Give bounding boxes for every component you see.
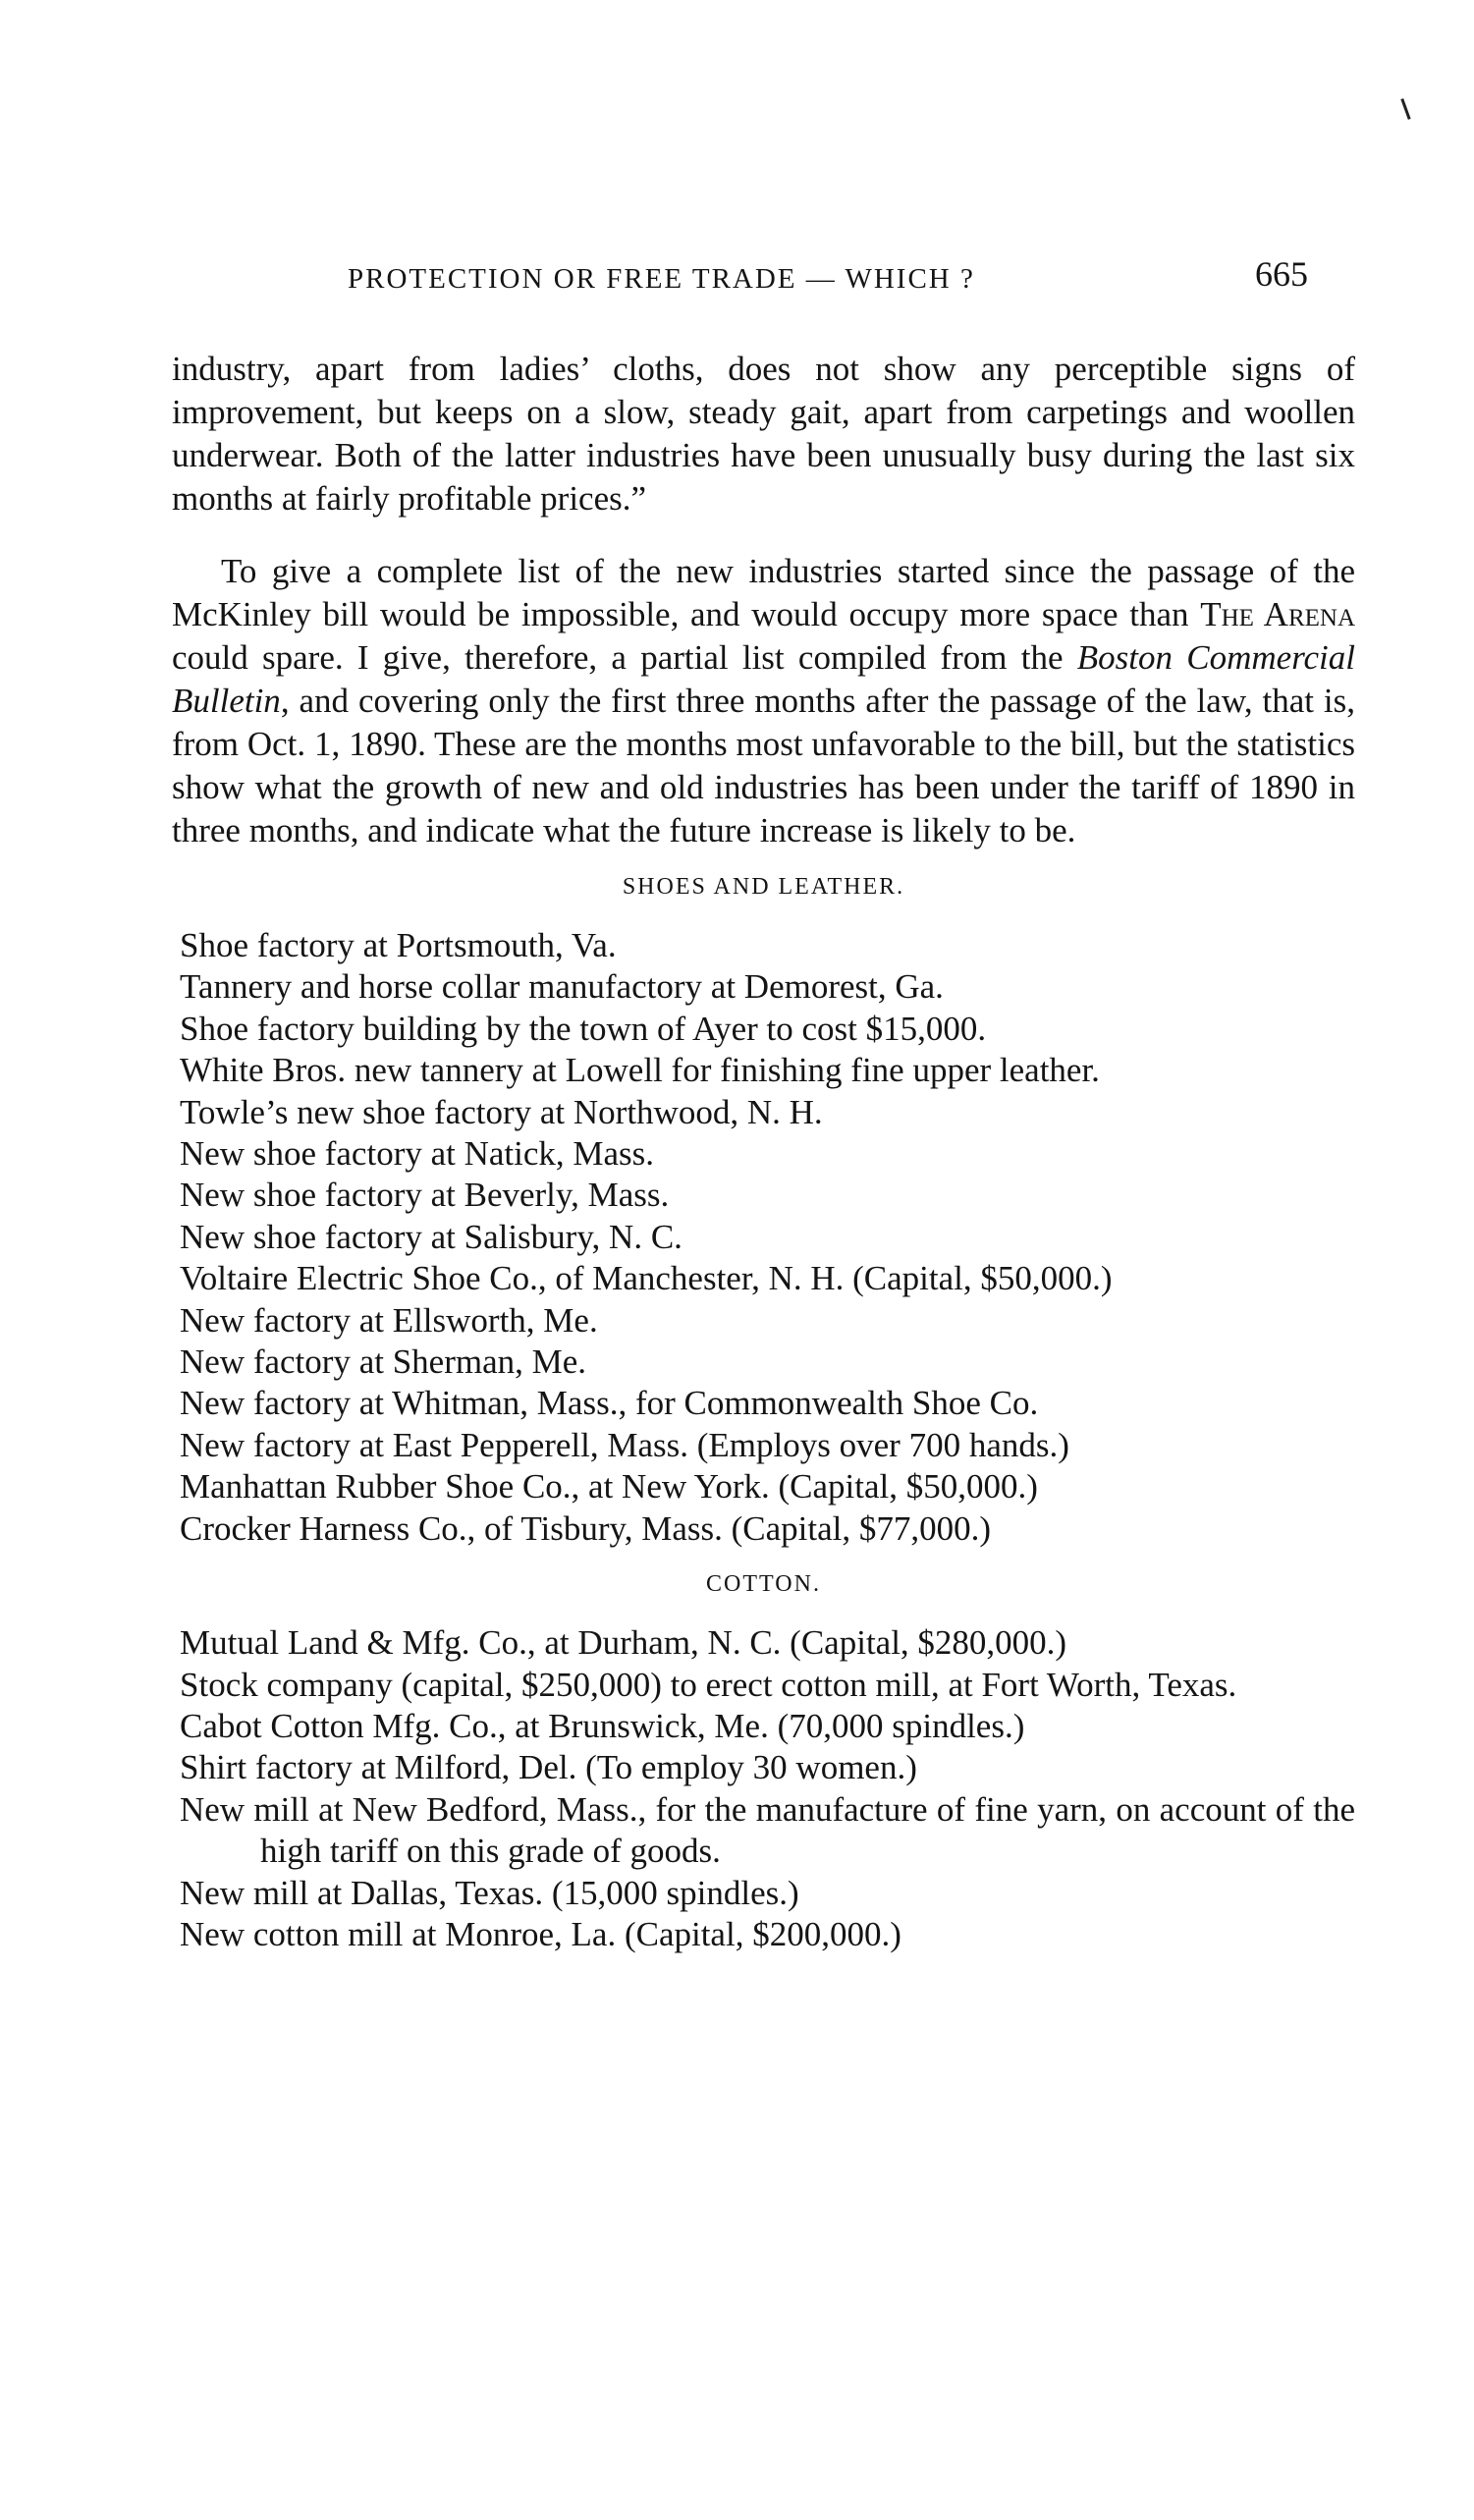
list-item: New factory at East Pepperell, Mass. (Em…: [170, 1425, 1355, 1466]
shoes-leather-list: Shoe factory at Portsmouth, Va. Tannery …: [172, 925, 1355, 1550]
section-heading-cotton: COTTON.: [172, 1567, 1355, 1601]
list-item: Mutual Land & Mfg. Co., at Durham, N. C.…: [170, 1622, 1355, 1664]
list-item: Crocker Harness Co., of Tisbury, Mass. (…: [170, 1508, 1355, 1550]
list-item: Cabot Cotton Mfg. Co., at Brunswick, Me.…: [170, 1706, 1355, 1747]
paragraph-text: , and covering only the first three mont…: [172, 682, 1355, 849]
list-item: Towle’s new shoe factory at Northwood, N…: [170, 1092, 1355, 1133]
list-item: Shirt factory at Milford, Del. (To emplo…: [170, 1747, 1355, 1788]
list-item: New shoe factory at Beverly, Mass.: [170, 1175, 1355, 1216]
list-item: New factory at Ellsworth, Me.: [170, 1300, 1355, 1342]
list-item: New cotton mill at Monroe, La. (Capital,…: [170, 1914, 1355, 1955]
list-item: New shoe factory at Salisbury, N. C.: [170, 1217, 1355, 1258]
page-number: 665: [1255, 253, 1308, 295]
list-item: New mill at New Bedford, Mass., for the …: [170, 1789, 1355, 1873]
list-item: White Bros. new tannery at Lowell for fi…: [170, 1050, 1355, 1091]
list-item: New shoe factory at Natick, Mass.: [170, 1133, 1355, 1175]
intro-paragraph: To give a complete list of the new indus…: [172, 550, 1355, 852]
list-item: Manhattan Rubber Shoe Co., at New York. …: [170, 1466, 1355, 1507]
magazine-name: The Arena: [1200, 595, 1355, 633]
cotton-list: Mutual Land & Mfg. Co., at Durham, N. C.…: [172, 1622, 1355, 1955]
list-item: Stock company (capital, $250,000) to ere…: [170, 1665, 1355, 1706]
list-item: New factory at Sherman, Me.: [170, 1342, 1355, 1383]
stray-pen-mark: [1400, 98, 1410, 120]
section-heading-shoes-leather: SHOES AND LEATHER.: [172, 870, 1355, 904]
continued-quote-paragraph: industry, apart from ladies’ cloths, doe…: [172, 348, 1355, 520]
list-item: Voltaire Electric Shoe Co., of Mancheste…: [170, 1258, 1355, 1299]
page-body: industry, apart from ladies’ cloths, doe…: [172, 348, 1355, 1955]
list-item: New mill at Dallas, Texas. (15,000 spind…: [170, 1873, 1355, 1914]
list-item: New factory at Whitman, Mass., for Commo…: [170, 1383, 1355, 1424]
paragraph-text: To give a complete list of the new indus…: [172, 552, 1355, 633]
list-item: Shoe factory at Portsmouth, Va.: [170, 925, 1355, 966]
list-item: Shoe factory building by the town of Aye…: [170, 1009, 1355, 1050]
paragraph-text: could spare. I give, therefore, a partia…: [172, 638, 1077, 677]
running-title: PROTECTION OR FREE TRADE — WHICH ?: [348, 263, 1330, 296]
list-item: Tannery and horse collar manufactory at …: [170, 966, 1355, 1008]
